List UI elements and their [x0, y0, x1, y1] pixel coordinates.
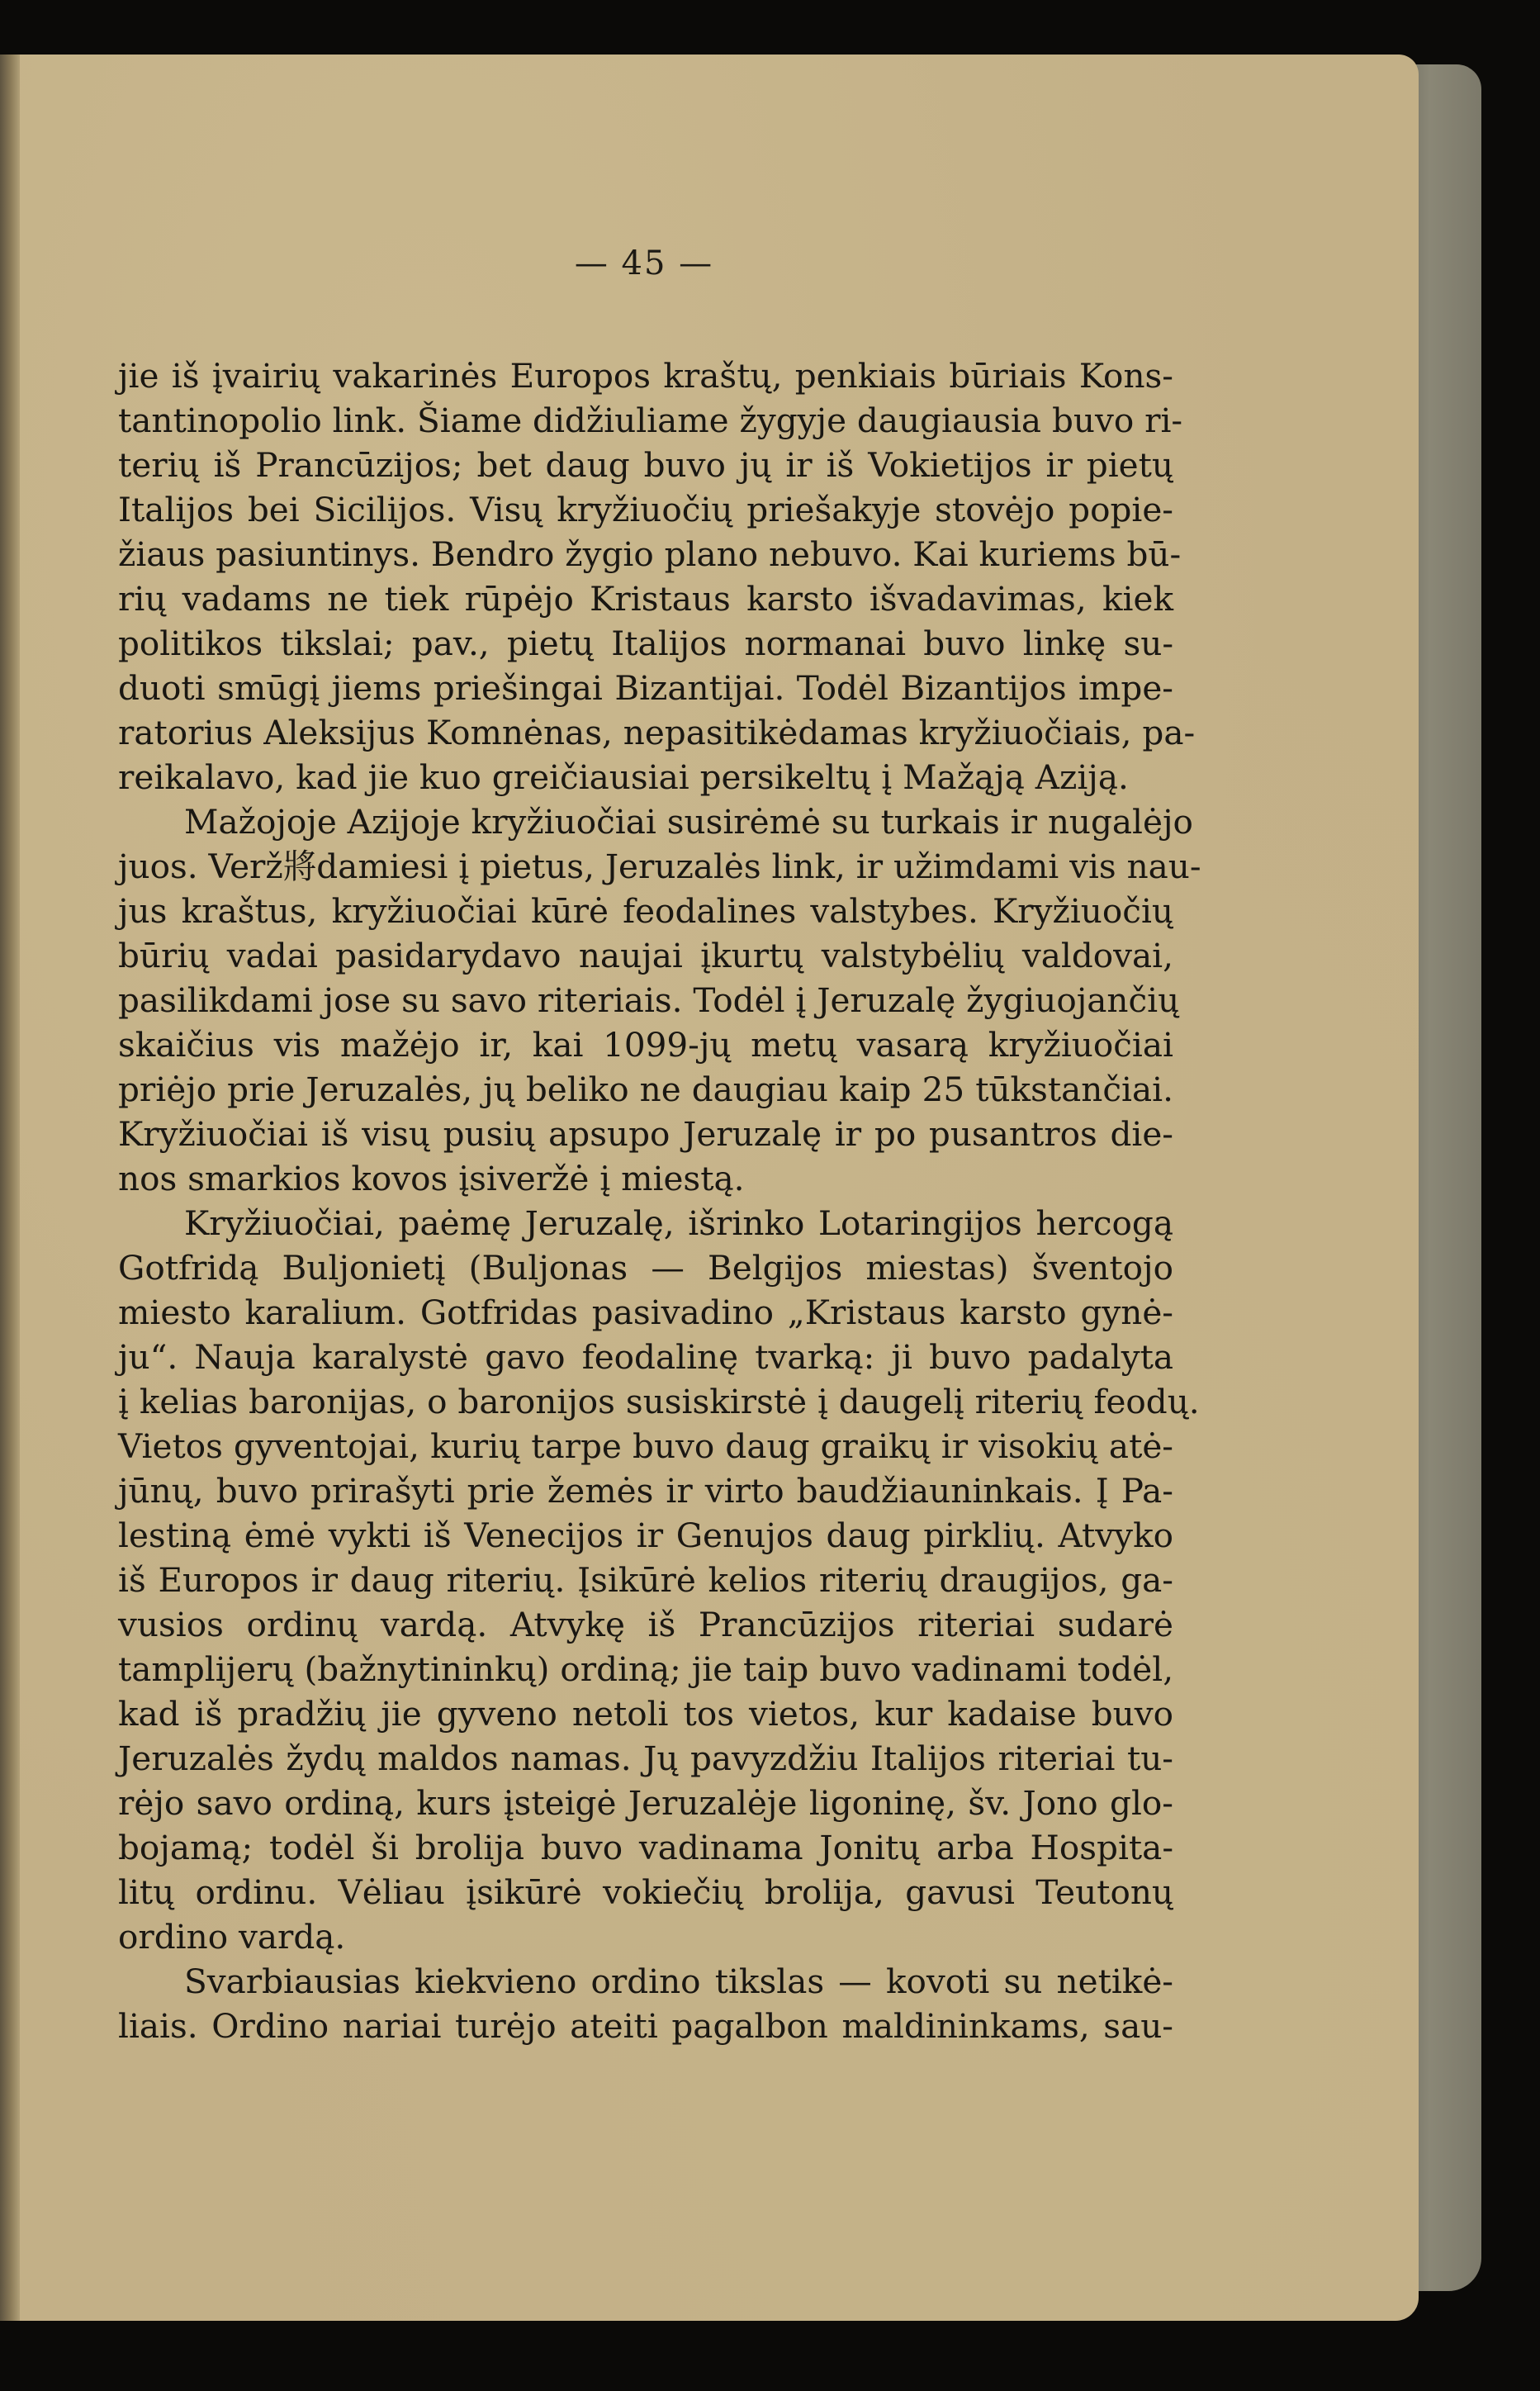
paragraph-start-line: Kryžiuočiai, paėmę Jeruzalę, išrinko Lot… [118, 1201, 1173, 1245]
text-line: Jeruzalės žydų maldos namas. Jų pavyzdži… [118, 1736, 1173, 1781]
text-line: lestiną ėmė vykti iš Venecijos ir Genujo… [118, 1513, 1173, 1558]
text-line: juos. Verž將damiesi į pietus, Jeruzalės l… [118, 844, 1173, 889]
page-number: — 45 — [0, 244, 1288, 282]
text-line: politikos tikslai; pav., pietų Italijos … [118, 621, 1173, 666]
text-line: priėjo prie Jeruzalės, jų beliko ne daug… [118, 1067, 1173, 1112]
text-line: liais. Ordino nariai turėjo ateiti pagal… [118, 2004, 1173, 2048]
text-line: ratorius Aleksijus Komnėnas, nepasitikėd… [118, 710, 1173, 755]
text-line: tantinopolio link. Šiame didžiuliame žyg… [118, 398, 1173, 443]
book-gutter [0, 55, 20, 2321]
text-line: Vietos gyventojai, kurių tarpe buvo daug… [118, 1424, 1173, 1468]
text-line: jūnų, buvo prirašyti prie žemės ir virto… [118, 1468, 1173, 1513]
text-line: Italijos bei Sicilijos. Visų kryžiuočių … [118, 487, 1173, 532]
text-line: rėjo savo ordiną, kurs įsteigė Jeruzalėj… [118, 1781, 1173, 1825]
text-line: vusios ordinų vardą. Atvykę iš Prancūzij… [118, 1602, 1173, 1647]
text-line: ordino vardą. [118, 1914, 1173, 1959]
text-line: ju“. Nauja karalystė gavo feodalinę tvar… [118, 1335, 1173, 1379]
text-line: skaičius vis mažėjo ir, kai 1099-jų metų… [118, 1022, 1173, 1067]
text-line: Gotfridą Buljonietį (Buljonas — Belgijos… [118, 1245, 1173, 1290]
text-line: žiaus pasiuntinys. Bendro žygio plano ne… [118, 532, 1173, 576]
text-line: pasilikdami jose su savo riteriais. Todė… [118, 978, 1173, 1022]
text-line: nos smarkios kovos įsiveržė į miestą. [118, 1156, 1173, 1201]
text-line: litų ordinu. Vėliau įsikūrė vokiečių bro… [118, 1870, 1173, 1914]
body-text: jie iš įvairių vakarinės Europos kraštų,… [118, 353, 1173, 2048]
text-line: bojamą; todėl ši brolija buvo vadinama J… [118, 1825, 1173, 1870]
text-line: tamplijerų (bažnytininkų) ordiną; jie ta… [118, 1647, 1173, 1691]
text-line: kad iš pradžių jie gyveno netoli tos vie… [118, 1691, 1173, 1736]
text-line: Kryžiuočiai iš visų pusių apsupo Jeruzal… [118, 1112, 1173, 1156]
text-line: jus kraštus, kryžiuočiai kūrė feodalines… [118, 889, 1173, 933]
text-line: jie iš įvairių vakarinės Europos kraštų,… [118, 353, 1173, 398]
text-line: reikalavo, kad jie kuo greičiausiai pers… [118, 755, 1173, 799]
text-line: terių iš Prancūzijos; bet daug buvo jų i… [118, 443, 1173, 487]
paragraph-start-line: Svarbiausias kiekvieno ordino tikslas — … [118, 1959, 1173, 2004]
text-line: iš Europos ir daug riterių. Įsikūrė keli… [118, 1558, 1173, 1602]
text-line: miesto karalium. Gotfridas pasivadino „K… [118, 1290, 1173, 1335]
text-line: būrių vadai pasidarydavo naujai įkurtų v… [118, 933, 1173, 978]
paragraph-start-line: Mažojoje Azijoje kryžiuočiai susirėmė su… [118, 799, 1173, 844]
text-line: rių vadams ne tiek rūpėjo Kristaus karst… [118, 576, 1173, 621]
text-line: į kelias baronijas, o baronijos susiskir… [118, 1379, 1173, 1424]
text-line: duoti smūgį jiems priešingai Bizantijai.… [118, 666, 1173, 710]
